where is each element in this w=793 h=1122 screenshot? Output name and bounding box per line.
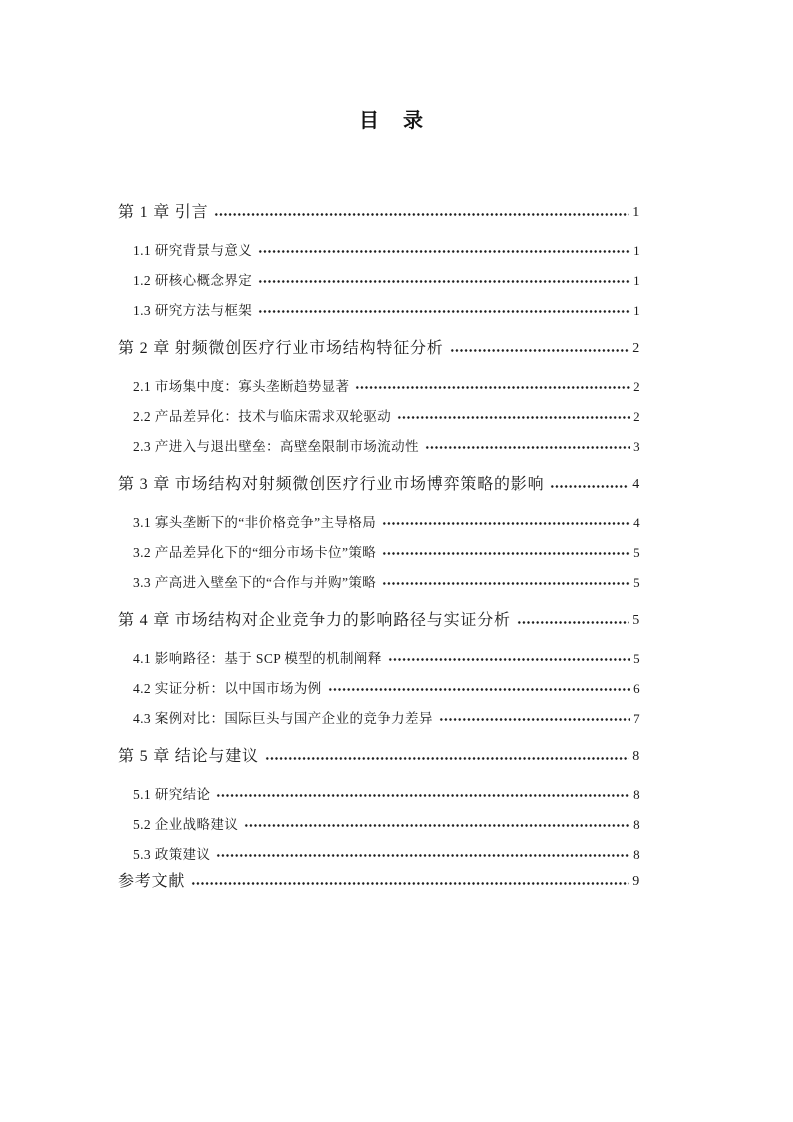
toc-entry-label[interactable]: 3.2 产品差异化下的“细分市场卡位”策略: [133, 543, 376, 562]
toc-list: 第 1 章 引言11.1 研究背景与意义11.2 研核心概念界定11.3 研究方…: [118, 202, 640, 893]
toc-entry-page[interactable]: 2: [633, 407, 640, 426]
toc-entry: 2.3 产进入与退出壁垒：高壁垒限制市场流动性3: [118, 437, 640, 456]
toc-entry: 第 4 章 市场结构对企业竞争力的影响路径与实证分析5: [118, 610, 640, 632]
toc-entry-label[interactable]: 第 3 章 市场结构对射频微创医疗行业市场博弈策略的影响: [118, 474, 544, 496]
toc-entry-label[interactable]: 第 2 章 射频微创医疗行业市场结构特征分析: [118, 338, 444, 360]
dot-leader: [550, 474, 629, 496]
toc-entry-page[interactable]: 4: [633, 513, 640, 532]
dot-leader: [425, 437, 630, 456]
toc-entry: 5.2 企业战略建议8: [118, 815, 640, 834]
toc-entry-label[interactable]: 2.1 市场集中度：寡头垄断趋势显著: [133, 377, 349, 396]
toc-entry: 4.2 实证分析：以中国市场为例6: [118, 679, 640, 698]
dot-leader: [388, 649, 630, 668]
toc-entry-page[interactable]: 5: [633, 649, 640, 668]
dot-leader: [258, 241, 630, 260]
toc-entry: 第 2 章 射频微创医疗行业市场结构特征分析2: [118, 338, 640, 360]
dot-leader: [216, 785, 630, 804]
toc-entry-label[interactable]: 参考文献: [118, 871, 185, 893]
dot-leader: [517, 610, 629, 632]
toc-entry: 参考文献9: [118, 871, 640, 893]
toc-entry: 3.2 产品差异化下的“细分市场卡位”策略5: [118, 543, 640, 562]
toc-entry: 2.1 市场集中度：寡头垄断趋势显著2: [118, 377, 640, 396]
toc-entry: 第 3 章 市场结构对射频微创医疗行业市场博弈策略的影响4: [118, 474, 640, 496]
toc-entry-label[interactable]: 3.3 产高进入壁垒下的“合作与并购”策略: [133, 573, 376, 592]
dot-leader: [382, 543, 630, 562]
toc-entry-page[interactable]: 5: [633, 573, 640, 592]
toc-entry-label[interactable]: 1.1 研究背景与意义: [133, 241, 252, 260]
dot-leader: [244, 815, 630, 834]
document-page: 目 录 第 1 章 引言11.1 研究背景与意义11.2 研核心概念界定11.3…: [0, 0, 793, 1122]
toc-entry-page[interactable]: 1: [632, 202, 640, 224]
toc-entry-page[interactable]: 8: [633, 815, 640, 834]
toc-entry: 5.1 研究结论8: [118, 785, 640, 804]
page-title: 目 录: [118, 104, 666, 133]
toc-entry-page[interactable]: 8: [633, 845, 640, 864]
toc-entry-label[interactable]: 1.2 研核心概念界定: [133, 271, 252, 290]
toc-entry-page[interactable]: 6: [633, 679, 640, 698]
toc-entry: 5.3 政策建议8: [118, 845, 640, 864]
dot-leader: [258, 301, 630, 320]
toc-entry-page[interactable]: 5: [632, 610, 640, 632]
toc-entry-page[interactable]: 1: [633, 301, 640, 320]
toc-entry-page[interactable]: 2: [633, 377, 640, 396]
dot-leader: [214, 202, 629, 224]
dot-leader: [450, 338, 630, 360]
toc-entry-label[interactable]: 2.3 产进入与退出壁垒：高壁垒限制市场流动性: [133, 437, 419, 456]
toc-entry: 4.1 影响路径：基于 SCP 模型的机制阐释5: [118, 649, 640, 668]
dot-leader: [382, 513, 630, 532]
toc-entry-page[interactable]: 1: [633, 271, 640, 290]
toc-entry-label[interactable]: 1.3 研究方法与框架: [133, 301, 252, 320]
dot-leader: [355, 377, 630, 396]
toc-entry: 第 5 章 结论与建议8: [118, 746, 640, 768]
toc-entry: 2.2 产品差异化：技术与临床需求双轮驱动2: [118, 407, 640, 426]
dot-leader: [216, 845, 630, 864]
toc-entry-label[interactable]: 3.1 寡头垄断下的“非价格竞争”主导格局: [133, 513, 376, 532]
toc-entry-page[interactable]: 7: [633, 709, 640, 728]
toc-entry-page[interactable]: 3: [633, 437, 640, 456]
toc-entry: 1.1 研究背景与意义1: [118, 241, 640, 260]
dot-leader: [382, 573, 630, 592]
toc-entry-page[interactable]: 2: [632, 338, 640, 360]
dot-leader: [328, 679, 630, 698]
toc-entry-label[interactable]: 5.3 政策建议: [133, 845, 210, 864]
toc-entry-page[interactable]: 1: [633, 241, 640, 260]
toc-entry: 第 1 章 引言1: [118, 202, 640, 224]
toc-entry: 3.3 产高进入壁垒下的“合作与并购”策略5: [118, 573, 640, 592]
toc-entry: 4.3 案例对比：国际巨头与国产企业的竞争力差异7: [118, 709, 640, 728]
dot-leader: [397, 407, 630, 426]
toc-entry-label[interactable]: 5.2 企业战略建议: [133, 815, 238, 834]
toc-entry-page[interactable]: 9: [632, 871, 640, 893]
toc-entry-label[interactable]: 第 4 章 市场结构对企业竞争力的影响路径与实证分析: [118, 610, 511, 632]
dot-leader: [258, 271, 630, 290]
toc-entry-page[interactable]: 4: [632, 474, 640, 496]
dot-leader: [265, 746, 629, 768]
toc-entry-label[interactable]: 5.1 研究结论: [133, 785, 210, 804]
toc-entry-label[interactable]: 4.1 影响路径：基于 SCP 模型的机制阐释: [133, 649, 382, 668]
toc-entry-label[interactable]: 4.3 案例对比：国际巨头与国产企业的竞争力差异: [133, 709, 433, 728]
toc-entry-label[interactable]: 第 1 章 引言: [118, 202, 208, 224]
toc-entry-page[interactable]: 5: [633, 543, 640, 562]
toc-entry-label[interactable]: 4.2 实证分析：以中国市场为例: [133, 679, 322, 698]
toc-entry-label[interactable]: 2.2 产品差异化：技术与临床需求双轮驱动: [133, 407, 391, 426]
toc-entry-label[interactable]: 第 5 章 结论与建议: [118, 746, 259, 768]
toc-entry: 1.3 研究方法与框架1: [118, 301, 640, 320]
dot-leader: [191, 871, 629, 893]
toc-entry: 1.2 研核心概念界定1: [118, 271, 640, 290]
toc-entry-page[interactable]: 8: [632, 746, 640, 768]
dot-leader: [439, 709, 630, 728]
toc-entry-page[interactable]: 8: [633, 785, 640, 804]
toc-entry: 3.1 寡头垄断下的“非价格竞争”主导格局4: [118, 513, 640, 532]
